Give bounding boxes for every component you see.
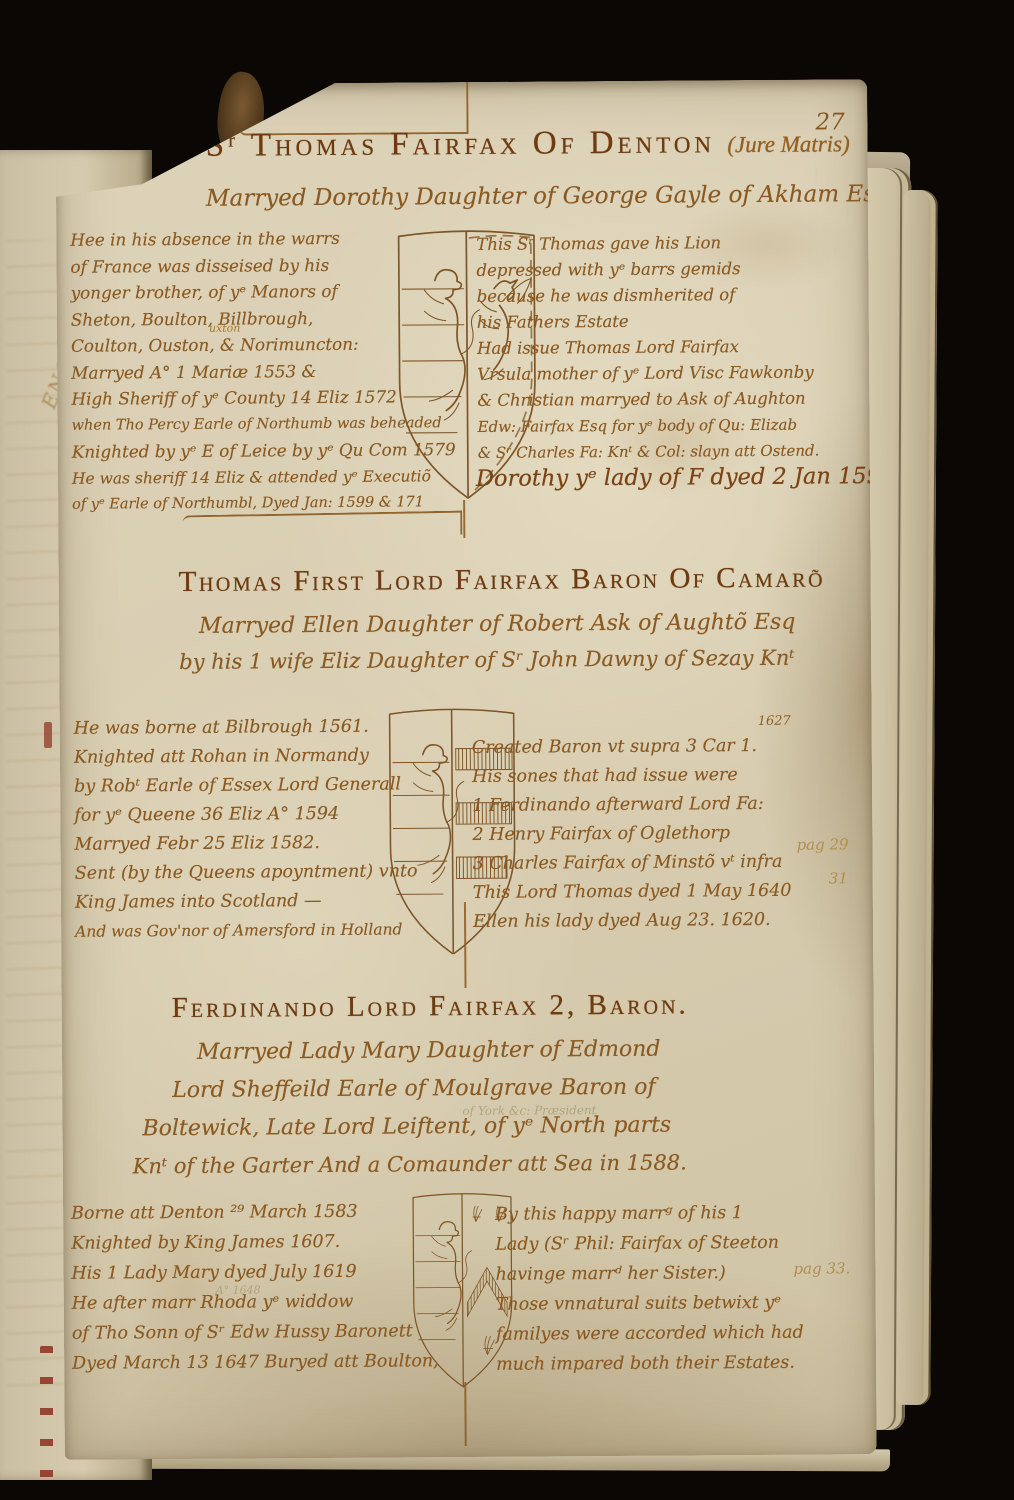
manuscript-line: This Sʳ Thomas gave his Lion	[476, 230, 818, 258]
manuscript-line: Those vnnatural suits betwixt yᵉ	[496, 1288, 804, 1320]
section1-title-text: Sʳ Thomas Fairfax Of Denton	[206, 124, 728, 164]
manuscript-line: He was borne at Bilbrough 1561.	[74, 712, 417, 743]
manuscript-line: Knighted att Rohan in Normandy	[74, 741, 417, 772]
manuscript-line: Borne att Denton ²⁹ March 1583	[71, 1196, 438, 1229]
section2-right-column: Created Baron vt supra 3 Car 1. His sone…	[472, 732, 792, 937]
descent-line	[463, 500, 465, 538]
facing-page-red-ruling	[40, 1346, 53, 1500]
marginal-year-note: 1627	[758, 714, 791, 729]
manuscript-line: His sones that had issue were	[472, 761, 791, 792]
manuscript-line: Ellen his lady dyed Aug 23. 1620.	[473, 906, 792, 937]
facing-page-red-mark	[44, 722, 52, 748]
section3-marriage-line2: Lord Sheffeild Earle of Moulgrave Baron …	[172, 1075, 655, 1103]
manuscript-line: 3 Charles Fairfax of Minstõ vᵗ infra	[473, 848, 792, 879]
section1-title-note: (Jure Matris)	[727, 131, 850, 157]
page-stack-right-edge-outer	[896, 190, 937, 1405]
section2-marriage-line2: by his 1 wife Eliz Daughter of Sʳ John D…	[179, 646, 794, 674]
dorothy-death-line: Dorothy yᵉ lady of F dyed 2 Jan 1596.	[476, 463, 903, 492]
cross-reference-page-note: pag 29	[796, 835, 848, 853]
manuscript-line: By this happy marrᵍ of his 1	[495, 1198, 803, 1230]
section2-left-column: He was borne at Bilbrough 1561. Knighted…	[74, 712, 418, 946]
manuscript-line: much impared both their Estates.	[496, 1348, 804, 1380]
manuscript-line: Vrsula mother of yᵉ Lord Visc Fawkonby	[477, 360, 819, 388]
manuscript-line: familyes were accorded which had	[496, 1318, 804, 1350]
section3-marriage-line4: Knᵗ of the Garter And a Comaunder att Se…	[133, 1150, 687, 1178]
manuscript-line: Lady (Sʳ Phil: Fairfax of Steeton	[495, 1228, 803, 1260]
manuscript-line: King James into Scotland —	[75, 886, 418, 917]
manuscript-line: Edw: Fairfax Esq for yᵉ body of Qu: Eliz…	[478, 412, 820, 440]
section2-marriage-line: Marryed Ellen Daughter of Robert Ask of …	[199, 610, 796, 639]
manuscript-line: 1 Ferdinando afterward Lord Fa:	[472, 790, 791, 821]
manuscript-line: Marryed Febr 25 Eliz 1582.	[74, 828, 417, 859]
manuscript-line: 2 Henry Fairfax of Oglethorp	[472, 819, 791, 850]
section3-marriage-line: Marryed Lady Mary Daughter of Edmond	[197, 1037, 661, 1065]
section2-title: Thomas First Lord Fairfax Baron Of Camar…	[179, 561, 826, 599]
manuscript-line: He after marr Rhoda yᵉ widdow	[72, 1286, 439, 1319]
manuscript-line: & Christian marryed to Ask of Aughton	[477, 386, 819, 414]
manuscript-line: because he was dismherited of	[477, 282, 819, 310]
section3-left-column: Borne att Denton ²⁹ March 1583 Knighted …	[71, 1196, 439, 1379]
manuscript-line: for yᵉ Queene 36 Eliz A° 1594	[74, 799, 417, 830]
manuscript-line: his Fathers Estate	[477, 308, 819, 336]
section3-right-column: By this happy marrᵍ of his 1 Lady (Sʳ Ph…	[495, 1198, 804, 1380]
manuscript-line: by Robᵗ Earle of Essex Lord Generall	[74, 770, 417, 801]
interlined-correction: uxton	[209, 322, 241, 335]
section1-marriage-line: Marryed Dorothy Daughter of George Gayle…	[206, 181, 890, 212]
section3-title: Ferdinando Lord Fairfax 2, Baron.	[172, 988, 689, 1025]
manuscript-line: havinge marrᵈ her Sister.)	[495, 1258, 803, 1290]
descent-bracket-bottom	[182, 511, 462, 540]
section1-title: Sʳ Thomas Fairfax Of Denton (Jure Matris…	[206, 123, 850, 164]
manuscript-line: depressed with yᵉ barrs gemids	[476, 256, 818, 284]
manuscript-line: His 1 Lady Mary dyed July 1619	[71, 1256, 438, 1289]
manuscript-photo: ENGLAND 27 Sʳ Thomas Fairfax Of Denton (…	[0, 0, 1014, 1500]
manuscript-line: of Tho Sonn of Sʳ Edw Hussy Baronett	[72, 1316, 439, 1349]
manuscript-line: Dyed March 13 1647 Buryed att Boulton,	[72, 1346, 439, 1379]
manuscript-line: & Sʳ Charles Fa: Knᵗ & Col: slayn att Os…	[478, 438, 820, 466]
manuscript-line: Sent (by the Queens apoyntment) vnto	[75, 857, 418, 888]
section3-marriage-line3: Boltewick, Late Lord Leiftent, of yᵉ Nor…	[142, 1113, 671, 1142]
manuscript-page: 27 Sʳ Thomas Fairfax Of Denton (Jure Mat…	[55, 79, 877, 1460]
manuscript-line: Had issue Thomas Lord Fairfax	[477, 334, 819, 362]
descent-line	[464, 1382, 466, 1446]
manuscript-line: Created Baron vt supra 3 Car 1.	[472, 732, 791, 763]
cross-reference-page-note: pag 33.	[793, 1259, 850, 1277]
cross-reference-page-note: 31	[829, 869, 848, 887]
manuscript-line: And was Gov'nor of Amersford in Holland	[75, 915, 418, 946]
section1-right-column: This Sʳ Thomas gave his Lion depressed w…	[476, 230, 819, 466]
manuscript-line: Knighted by King James 1607.	[71, 1226, 438, 1259]
manuscript-line: This Lord Thomas dyed 1 May 1640	[473, 877, 792, 908]
